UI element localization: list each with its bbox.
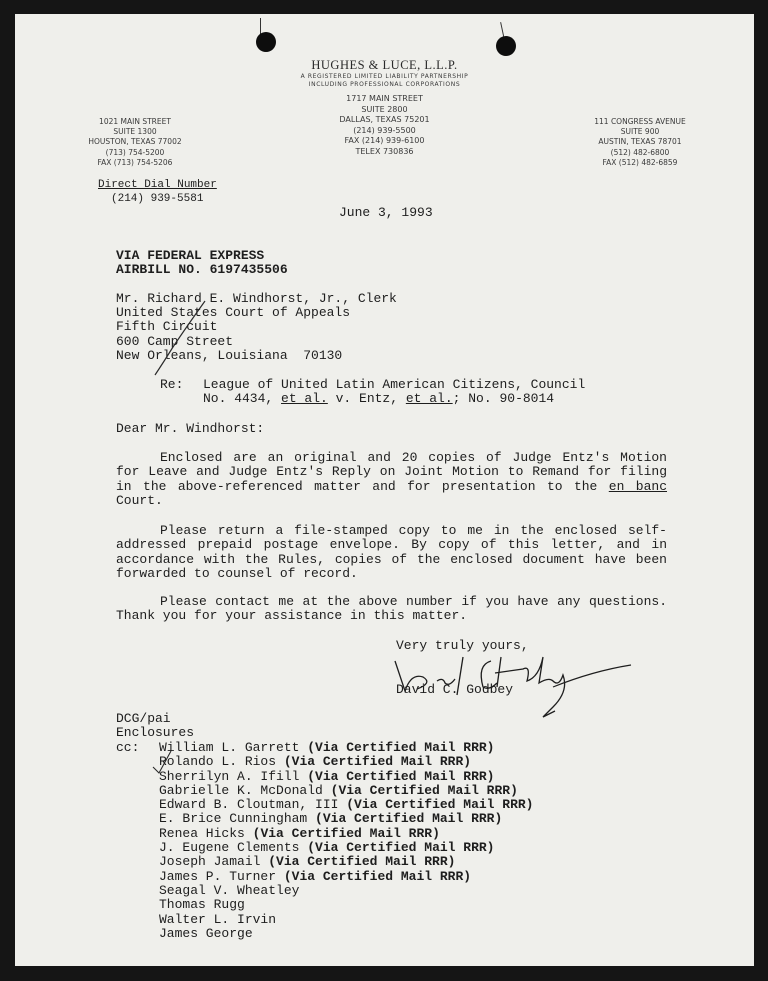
cc-recipient: Walter L. Irvin: [159, 913, 533, 927]
cc-recipient: Thomas Rugg: [159, 898, 533, 912]
office-line: SUITE 1300: [70, 127, 200, 137]
direct-dial-label: Direct Dial Number: [98, 178, 217, 192]
cc-delivery: (Via Certified Mail RRR): [331, 783, 518, 798]
cc-list: William L. Garrett (Via Certified Mail R…: [159, 741, 533, 941]
cc-name: Sherrilyn A. Ifill: [159, 769, 299, 784]
office-line: (512) 482-6800: [580, 148, 700, 158]
direct-dial-number: (214) 939-5581: [111, 192, 203, 206]
office-houston: 1021 MAIN STREET SUITE 1300 HOUSTON, TEX…: [70, 117, 200, 168]
cc-name: James P. Turner: [159, 869, 276, 884]
cc-recipient: Edward B. Cloutman, III (Via Certified M…: [159, 798, 533, 812]
enclosures-note: Enclosures: [116, 726, 194, 740]
office-line: HOUSTON, TEXAS 77002: [70, 137, 200, 147]
body-paragraph-3: Please contact me at the above number if…: [116, 595, 667, 624]
cc-delivery: (Via Certified Mail RRR): [253, 826, 440, 841]
cc-delivery: (Via Certified Mail RRR): [315, 811, 502, 826]
address-line: New Orleans, Louisiana 70130: [116, 349, 342, 363]
office-line: SUITE 900: [580, 127, 700, 137]
office-line: 111 CONGRESS AVENUE: [580, 117, 700, 127]
re-etal: et al.: [281, 391, 328, 406]
airbill-number: AIRBILL NO. 6197435506: [116, 263, 288, 277]
re-text: v. Entz,: [328, 391, 406, 406]
cc-name: Walter L. Irvin: [159, 912, 276, 927]
cc-recipient: Gabrielle K. McDonald (Via Certified Mai…: [159, 784, 533, 798]
cc-delivery: (Via Certified Mail RRR): [346, 797, 533, 812]
paragraph-text: Please return a file-stamped copy to me …: [116, 523, 667, 581]
cc-recipient: Joseph Jamail (Via Certified Mail RRR): [159, 855, 533, 869]
cc-delivery: (Via Certified Mail RRR): [284, 754, 471, 769]
letter-date: June 3, 1993: [339, 206, 433, 220]
cc-name: Edward B. Cloutman, III: [159, 797, 338, 812]
cc-name: Renea Hicks: [159, 826, 245, 841]
cc-recipient: E. Brice Cunningham (Via Certified Mail …: [159, 812, 533, 826]
firm-subtitle: INCLUDING PROFESSIONAL CORPORATIONS: [15, 81, 754, 88]
cc-name: J. Eugene Clements: [159, 840, 299, 855]
office-line: 1717 MAIN STREET: [15, 94, 754, 105]
cc-recipient: Rolando L. Rios (Via Certified Mail RRR): [159, 755, 533, 769]
re-text: No. 4434,: [203, 391, 281, 406]
office-line: 1021 MAIN STREET: [70, 117, 200, 127]
body-paragraph-2: Please return a file-stamped copy to me …: [116, 524, 667, 582]
cc-delivery: (Via Certified Mail RRR): [307, 769, 494, 784]
handwritten-check-mark: [147, 749, 177, 783]
punch-hole-right: [496, 36, 516, 56]
cc-delivery: (Via Certified Mail RRR): [307, 840, 494, 855]
re-line-2: No. 4434, et al. v. Entz, et al.; No. 90…: [203, 392, 554, 406]
re-label: Re:: [160, 378, 183, 392]
firm-subtitle: A REGISTERED LIMITED LIABILITY PARTNERSH…: [15, 73, 754, 80]
cc-recipient: James George: [159, 927, 533, 941]
paragraph-text: Court.: [116, 493, 163, 508]
office-line: FAX (512) 482-6859: [580, 158, 700, 168]
office-line: FAX (713) 754-5206: [70, 158, 200, 168]
cc-label: cc:: [116, 741, 139, 755]
cc-delivery: (Via Certified Mail RRR): [307, 740, 494, 755]
en-banc-text: en banc: [609, 479, 667, 494]
cc-name: Gabrielle K. McDonald: [159, 783, 323, 798]
firm-name: HUGHES & LUCE, L.L.P.: [15, 58, 754, 73]
cc-delivery: (Via Certified Mail RRR): [284, 869, 471, 884]
cc-name: E. Brice Cunningham: [159, 811, 307, 826]
salutation: Dear Mr. Windhorst:: [116, 422, 264, 436]
cc-name: Seagal V. Wheatley: [159, 883, 299, 898]
office-line: SUITE 2800: [15, 105, 754, 116]
paragraph-text: Enclosed are an original and 20 copies o…: [116, 450, 667, 494]
punch-hole-left: [256, 32, 276, 52]
handwritten-slash-mark: [155, 299, 215, 379]
office-line: AUSTIN, TEXAS 78701: [580, 137, 700, 147]
signer-name: David C. Godbey: [396, 683, 513, 697]
cc-recipient: Seagal V. Wheatley: [159, 884, 533, 898]
cc-name: William L. Garrett: [159, 740, 299, 755]
cc-recipient: Sherrilyn A. Ifill (Via Certified Mail R…: [159, 770, 533, 784]
re-etal: et al.: [406, 391, 453, 406]
re-text: ; No. 90-8014: [453, 391, 554, 406]
cc-recipient: J. Eugene Clements (Via Certified Mail R…: [159, 841, 533, 855]
cc-recipient: James P. Turner (Via Certified Mail RRR): [159, 870, 533, 884]
office-line: (713) 754-5200: [70, 148, 200, 158]
cc-recipient: William L. Garrett (Via Certified Mail R…: [159, 741, 533, 755]
body-paragraph-1: Enclosed are an original and 20 copies o…: [116, 451, 667, 509]
cc-name: Thomas Rugg: [159, 897, 245, 912]
cc-name: James George: [159, 926, 253, 941]
office-austin: 111 CONGRESS AVENUE SUITE 900 AUSTIN, TE…: [580, 117, 700, 168]
cc-recipient: Renea Hicks (Via Certified Mail RRR): [159, 827, 533, 841]
cc-name: Joseph Jamail: [159, 854, 260, 869]
cc-delivery: (Via Certified Mail RRR): [268, 854, 455, 869]
paragraph-text: Please contact me at the above number if…: [116, 594, 667, 623]
letter-page: HUGHES & LUCE, L.L.P. A REGISTERED LIMIT…: [15, 14, 754, 966]
